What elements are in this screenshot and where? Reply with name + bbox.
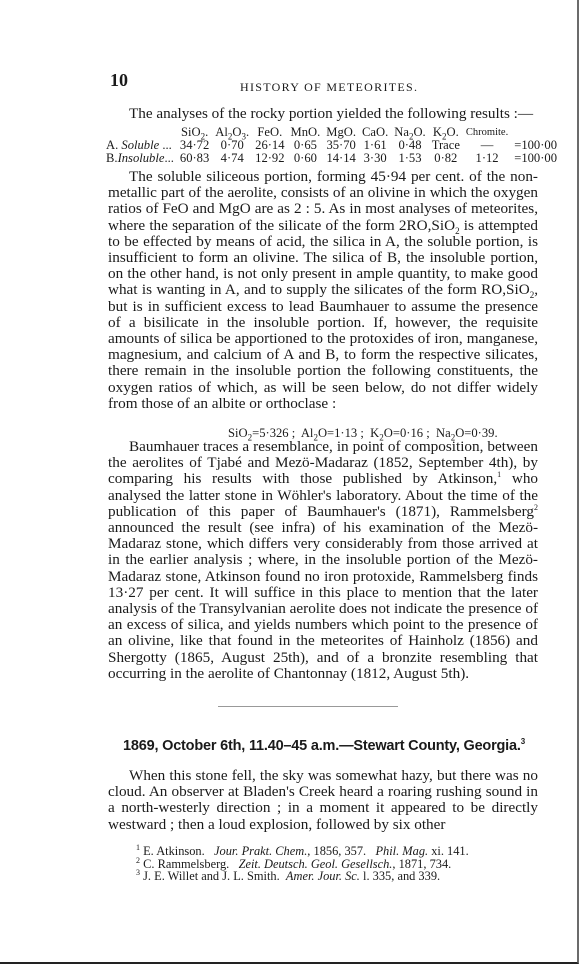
intro-line: The analyses of the rocky portion yielde… (108, 106, 538, 122)
cell: 12·92 (252, 152, 287, 165)
cell: 60·83 (177, 152, 212, 165)
paragraph-soluble-portion: The soluble siliceous portion, forming 4… (108, 169, 538, 412)
analysis-table: SiO2. Al2O3. FeO. MnO. MgO. CaO. Na2O. K… (106, 126, 560, 165)
cell: 1·53 (391, 152, 428, 165)
footnote: 3 J. E. Willet and J. L. Smith. Amer. Jo… (136, 870, 469, 883)
section-divider (218, 706, 398, 707)
page-number: 10 (110, 70, 128, 91)
footnote-ref[interactable]: 2 (534, 503, 538, 512)
book-page: 10 HISTORY OF METEORITES. The analyses o… (0, 0, 579, 964)
cell: 14·14 (323, 152, 359, 165)
cell: 4·74 (212, 152, 252, 165)
table-row: B.Insoluble... 60·83 4·74 12·92 0·60 14·… (106, 152, 560, 165)
cell: 0·82 (429, 152, 463, 165)
section-heading: 1869, October 6th, 11.40–45 a.m.—Stewart… (123, 738, 525, 754)
cell: 0·60 (288, 152, 324, 165)
row-label: B.Insoluble... (106, 152, 177, 165)
footnote-ref[interactable]: 3 (521, 737, 525, 746)
cell: 3·30 (359, 152, 391, 165)
intro-text: The analyses of the rocky portion yielde… (108, 106, 538, 122)
paragraph-stewart-county: When this stone fell, the sky was somewh… (108, 768, 538, 833)
running-head: HISTORY OF METEORITES. (240, 80, 418, 95)
footnotes: 1 E. Atkinson. Jour. Prakt. Chem., 1856,… (136, 845, 469, 883)
row-total: =100·00 (511, 152, 560, 165)
paragraph-baumhauer: Baumhauer traces a resemblance, in point… (108, 439, 538, 682)
cell: 1·12 (463, 152, 511, 165)
